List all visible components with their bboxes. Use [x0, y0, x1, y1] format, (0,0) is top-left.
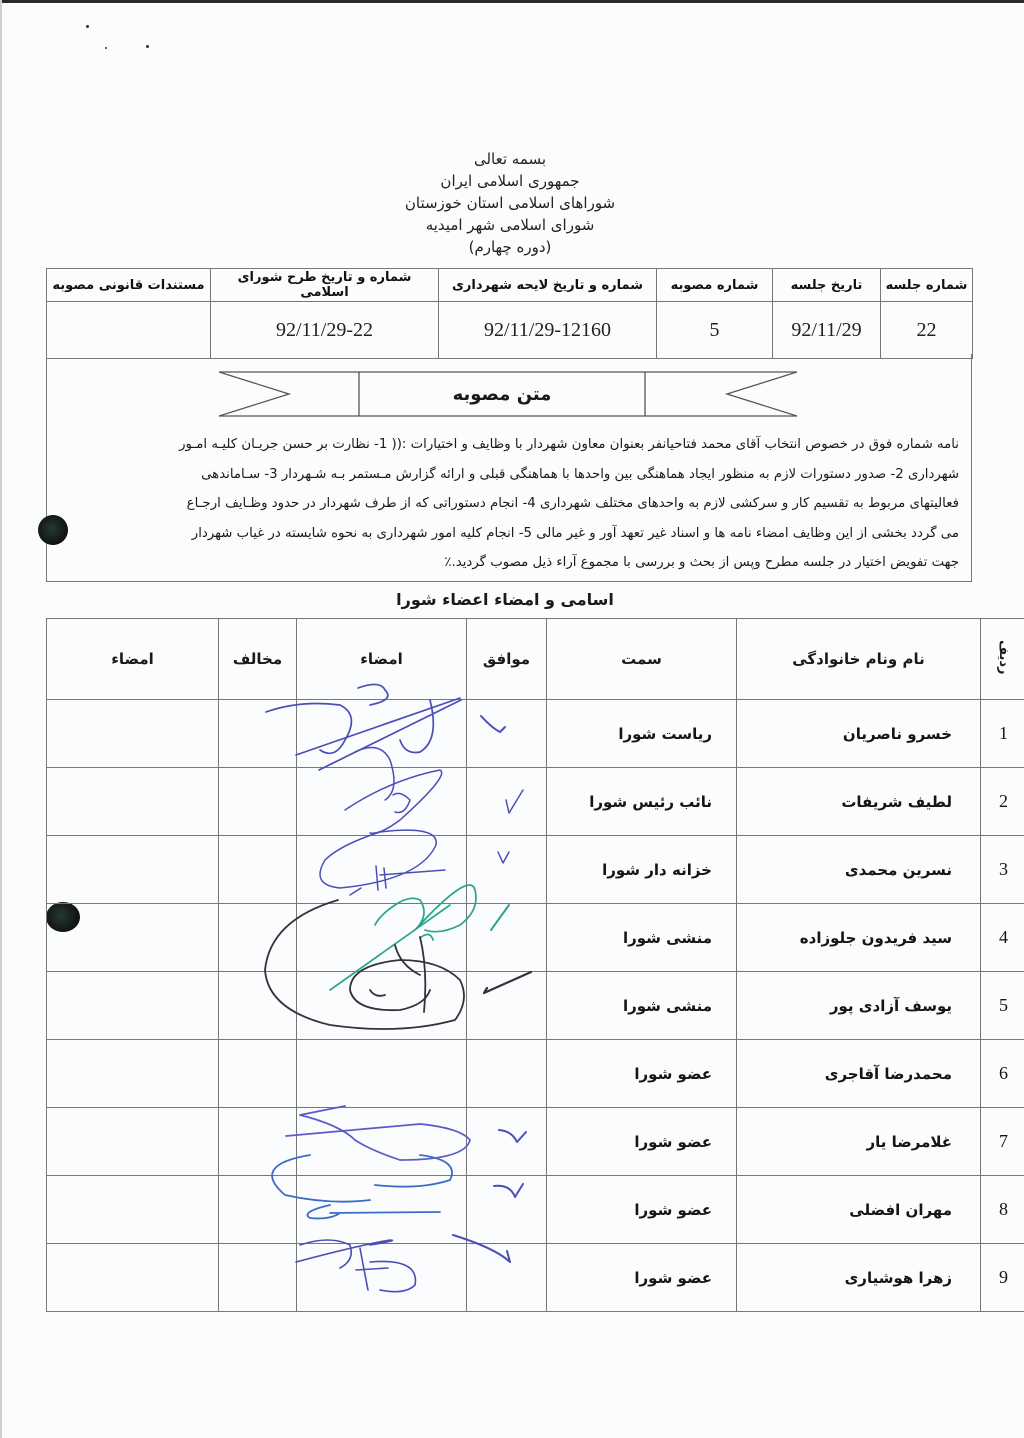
- member-role: عضو شورا: [547, 1040, 737, 1108]
- header-name: نام ونام خانوادگی: [737, 619, 981, 700]
- member-agree-cell: [467, 904, 547, 972]
- session-date: 92/11/29: [773, 302, 881, 359]
- header-row-no: ردیف: [981, 619, 1024, 700]
- header-disagree: مخالف: [219, 619, 297, 700]
- member-agree-cell: [467, 768, 547, 836]
- letterhead-term: (دوره چهارم): [330, 236, 690, 258]
- member-number: 2: [981, 768, 1024, 836]
- member-name: یوسف آزادی پور: [737, 972, 981, 1040]
- scan-left-edge: [0, 0, 2, 1438]
- member-disagree-cell: [219, 1176, 297, 1244]
- meta-value-row: 22 92/11/29 5 92/11/29-12160 92/11/29-22: [47, 302, 973, 359]
- resolution-meta-table: شماره جلسه تاریخ جلسه شماره مصوبه شماره …: [46, 268, 973, 359]
- member-row: 5 یوسف آزادی پور منشی شورا: [47, 972, 1024, 1040]
- member-name: خسرو ناصریان: [737, 700, 981, 768]
- member-disagree-cell: [219, 1108, 297, 1176]
- member-row: 2 لطیف شریفات نائب رئیس شورا: [47, 768, 1024, 836]
- member-agree-cell: [467, 972, 547, 1040]
- letterhead: بسمه تعالی جمهوری اسلامی ایران شوراهای ا…: [330, 148, 690, 258]
- member-role: عضو شورا: [547, 1176, 737, 1244]
- resolution-line: نامه شماره فوق در خصوص انتخاب آقای محمد …: [57, 430, 959, 460]
- member-signature-cell: [297, 972, 467, 1040]
- member-role: منشی شورا: [547, 972, 737, 1040]
- member-row: 6 محمدرضا آقاجری عضو شورا: [47, 1040, 1024, 1108]
- resolution-text: نامه شماره فوق در خصوص انتخاب آقای محمد …: [57, 430, 959, 578]
- session-number: 22: [881, 302, 973, 359]
- scan-speck: [146, 45, 149, 48]
- member-agree-cell: [467, 1176, 547, 1244]
- letterhead-country: جمهوری اسلامی ایران: [330, 170, 690, 192]
- member-role: نائب رئیس شورا: [547, 768, 737, 836]
- member-disagree-cell: [219, 904, 297, 972]
- member-disagree-signature-cell: [47, 836, 219, 904]
- members-table: ردیف نام ونام خانوادگی سمت موافق امضاء م…: [46, 618, 1024, 1312]
- member-name: غلامرضا یار: [737, 1108, 981, 1176]
- members-header-row: ردیف نام ونام خانوادگی سمت موافق امضاء م…: [47, 619, 1024, 700]
- header-resolution-number: شماره مصوبه: [657, 269, 773, 302]
- header-disagree-signature: امضاء: [47, 619, 219, 700]
- member-signature-cell: [297, 1176, 467, 1244]
- member-name: زهرا هوشیاری: [737, 1244, 981, 1312]
- legal-documents: [47, 302, 211, 359]
- resolution-line: فعالیتهای مربوط به تقسیم کار و سرکشی لاز…: [57, 489, 959, 519]
- header-legal-documents: مستندات قانونی مصوبه: [47, 269, 211, 302]
- header-session-date: تاریخ جلسه: [773, 269, 881, 302]
- member-row: 9 زهرا هوشیاری عضو شورا: [47, 1244, 1024, 1312]
- member-number: 7: [981, 1108, 1024, 1176]
- header-agree: موافق: [467, 619, 547, 700]
- header-municipality-bill: شماره و تاریخ لایحه شهرداری: [439, 269, 657, 302]
- letterhead-invocation: بسمه تعالی: [330, 148, 690, 170]
- resolution-number: 5: [657, 302, 773, 359]
- member-disagree-signature-cell: [47, 768, 219, 836]
- scan-top-edge: [0, 0, 1024, 3]
- member-signature-cell: [297, 1108, 467, 1176]
- scan-speck: [105, 47, 107, 49]
- member-agree-cell: [467, 1108, 547, 1176]
- member-disagree-cell: [219, 768, 297, 836]
- member-number: 5: [981, 972, 1024, 1040]
- resolution-line: شهرداری 2- صدور دستورات لازم به منظور ای…: [57, 460, 959, 490]
- resolution-title-banner: متن مصوبه: [219, 370, 797, 418]
- members-title: اسامی و امضاء اعضاء شورا: [360, 590, 650, 609]
- member-disagree-signature-cell: [47, 700, 219, 768]
- member-name: نسرین محمدی: [737, 836, 981, 904]
- header-role: سمت: [547, 619, 737, 700]
- header-agree-signature: امضاء: [297, 619, 467, 700]
- council-plan: 92/11/29-22: [211, 302, 439, 359]
- municipality-bill: 92/11/29-12160: [439, 302, 657, 359]
- member-agree-cell: [467, 836, 547, 904]
- header-council-plan: شماره و تاریخ طرح شورای اسلامی: [211, 269, 439, 302]
- member-row: 8 مهران افضلی عضو شورا: [47, 1176, 1024, 1244]
- letterhead-province-councils: شوراهای اسلامی استان خوزستان: [330, 192, 690, 214]
- member-role: منشی شورا: [547, 904, 737, 972]
- member-number: 9: [981, 1244, 1024, 1312]
- member-role: ریاست شورا: [547, 700, 737, 768]
- resolution-line: می گردد بخشی از این وظایف امضاء نامه ها …: [57, 519, 959, 549]
- member-signature-cell: [297, 1244, 467, 1312]
- meta-header-row: شماره جلسه تاریخ جلسه شماره مصوبه شماره …: [47, 269, 973, 302]
- member-disagree-cell: [219, 836, 297, 904]
- member-number: 1: [981, 700, 1024, 768]
- member-disagree-signature-cell: [47, 1108, 219, 1176]
- member-agree-cell: [467, 700, 547, 768]
- resolution-line: جهت تفویض اختیار در جلسه مطرح وپس از بحث…: [57, 548, 959, 578]
- member-signature-cell: [297, 768, 467, 836]
- member-name: مهران افضلی: [737, 1176, 981, 1244]
- member-name: لطیف شریفات: [737, 768, 981, 836]
- hole-punch-mark: [38, 515, 68, 545]
- member-name: سید فریدون جلوزاده: [737, 904, 981, 972]
- letterhead-city-council: شورای اسلامی شهر امیدیه: [330, 214, 690, 236]
- member-number: 4: [981, 904, 1024, 972]
- member-number: 6: [981, 1040, 1024, 1108]
- member-name: محمدرضا آقاجری: [737, 1040, 981, 1108]
- member-row: 1 خسرو ناصریان ریاست شورا: [47, 700, 1024, 768]
- member-disagree-signature-cell: [47, 972, 219, 1040]
- member-number: 3: [981, 836, 1024, 904]
- member-disagree-signature-cell: [47, 1244, 219, 1312]
- member-role: عضو شورا: [547, 1108, 737, 1176]
- resolution-title: متن مصوبه: [359, 370, 645, 418]
- member-disagree-cell: [219, 1244, 297, 1312]
- member-disagree-cell: [219, 972, 297, 1040]
- member-role: خزانه دار شورا: [547, 836, 737, 904]
- member-row: 7 غلامرضا یار عضو شورا: [47, 1108, 1024, 1176]
- member-disagree-signature-cell: [47, 1040, 219, 1108]
- member-disagree-cell: [219, 700, 297, 768]
- member-disagree-cell: [219, 1040, 297, 1108]
- member-role: عضو شورا: [547, 1244, 737, 1312]
- member-agree-cell: [467, 1040, 547, 1108]
- member-signature-cell: [297, 904, 467, 972]
- resolution-body: متن مصوبه نامه شماره فوق در خصوص انتخاب …: [46, 354, 972, 582]
- scan-speck: [86, 25, 89, 28]
- member-signature-cell: [297, 836, 467, 904]
- member-agree-cell: [467, 1244, 547, 1312]
- member-signature-cell: [297, 1040, 467, 1108]
- member-disagree-signature-cell: [47, 904, 219, 972]
- member-number: 8: [981, 1176, 1024, 1244]
- member-row: 4 سید فریدون جلوزاده منشی شورا: [47, 904, 1024, 972]
- header-session-number: شماره جلسه: [881, 269, 973, 302]
- member-disagree-signature-cell: [47, 1176, 219, 1244]
- member-row: 3 نسرین محمدی خزانه دار شورا: [47, 836, 1024, 904]
- member-signature-cell: [297, 700, 467, 768]
